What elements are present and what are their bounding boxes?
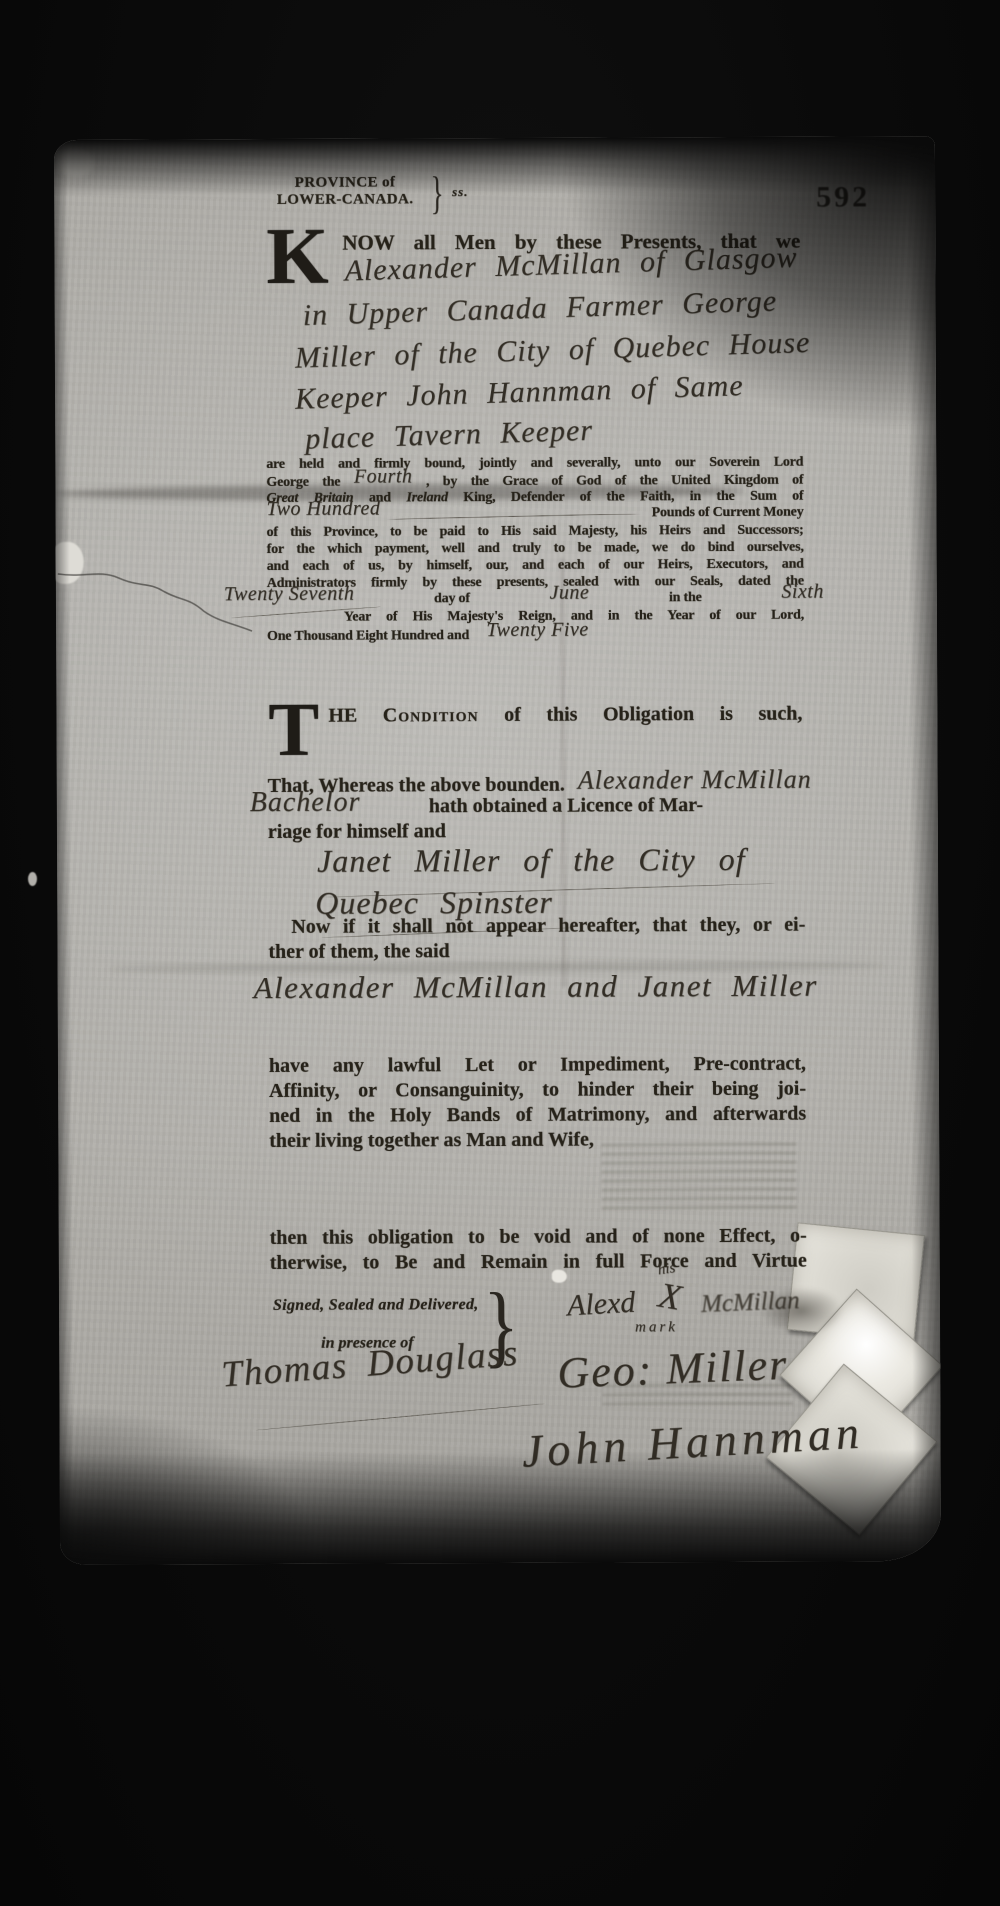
ink-smudge <box>759 1286 843 1334</box>
pen-flourish <box>386 513 641 520</box>
condition-line9: their living together as Man and Wife, <box>269 1127 806 1154</box>
condition-line4: Now if it shall not appear hereafter, th… <box>291 914 805 939</box>
film-speck <box>28 872 37 886</box>
dropcap-T: T <box>268 699 319 762</box>
condition-line10: then this obligation to be void and of n… <box>270 1224 807 1251</box>
handwritten-day: Twenty Seventh <box>224 586 355 604</box>
condition-line3: riage for himself and <box>268 820 446 844</box>
province-line2: LOWER-CANADA. <box>262 191 428 209</box>
handwritten-groom-name: Alexander McMillan <box>578 765 812 795</box>
province-heading: PROVINCE of LOWER-CANADA. <box>262 174 428 209</box>
condition-head3: of this Obligation is such, <box>504 703 802 726</box>
province-line1: PROVINCE of <box>262 174 428 192</box>
condition-line2: hath obtained a Licence of Mar- <box>429 794 703 818</box>
condition-line8: ned in the Holy Bands of Matrimony, and … <box>269 1102 806 1129</box>
handwritten-bachelor: Bachelor <box>250 787 361 819</box>
handwritten-king-ordinal: Fourth <box>354 465 413 487</box>
handwritten-principals-line3: Miller of the City of Quebec House <box>294 326 810 376</box>
condition-head1: HE <box>328 705 357 727</box>
condition-heading: HE Condition of this Obligation is such, <box>328 703 802 728</box>
pen-swash <box>256 1403 545 1431</box>
bond-date-t1: day of <box>434 590 470 607</box>
handwritten-bride-line1: Janet Miller of the City of <box>317 841 746 880</box>
dropcap-K: K <box>266 225 329 291</box>
attestation-line1: Signed, Sealed and Delivered, <box>273 1296 479 1315</box>
handwritten-month: June <box>549 585 589 602</box>
handwritten-year: Twenty Five <box>486 619 588 641</box>
condition-line5: ther of them, the said <box>268 940 449 964</box>
shadow-left-edge <box>54 140 74 1565</box>
page-content: PROVINCE of LOWER-CANADA. } ss. 592 K NO… <box>54 136 941 1565</box>
signature-alexd: Alexd <box>566 1286 636 1324</box>
condition-line11: therwise, to Be and Remain in full Force… <box>270 1249 807 1276</box>
handwritten-principals-line2: in Upper Canada Farmer George <box>302 285 777 333</box>
scan-background: PROVINCE of LOWER-CANADA. } ss. 592 K NO… <box>0 0 1000 1906</box>
bond-line4: Two Hundred Pounds of Current Money <box>266 502 803 524</box>
bond-line2-pre: George the <box>266 475 340 490</box>
ss-abbreviation: ss. <box>452 184 468 200</box>
signature-geo-miller: Geo: Miller <box>556 1339 789 1399</box>
header-brace: } <box>430 166 443 219</box>
handwritten-regnal-year: Sixth <box>781 584 824 601</box>
bond-line4-post: Pounds of Current Money <box>652 504 804 522</box>
signature-x-mark: X <box>656 1274 685 1319</box>
handwritten-principals-line5: place Tavern Keeper <box>305 414 594 457</box>
handwritten-couple-names: Alexander McMillan and Janet Miller <box>254 968 818 1006</box>
shadow-top-edge <box>54 136 935 196</box>
signature-mark-word: mark <box>635 1319 678 1336</box>
handwritten-sum: Two Hundred <box>266 501 380 518</box>
condition-line7: Affinity, or Consanguinity, to hinder th… <box>269 1077 806 1104</box>
bond-date-line: Twenty Seventh day of June in the Sixth <box>224 587 824 609</box>
bond-line11: One Thousand Eight Hundred and Twenty Fi… <box>267 624 804 645</box>
page-number: 592 <box>816 180 870 214</box>
condition-head2: Condition <box>383 704 479 726</box>
bond-line2-post: , by the Grace of God of the United King… <box>426 473 803 490</box>
paper-bright-corner <box>58 148 94 178</box>
bond-line11-pre: One Thousand Eight Hundred and <box>267 628 469 644</box>
bond-date-t2: in the <box>669 589 702 606</box>
condition-line6: have any lawful Let or Impediment, Pre-c… <box>269 1052 806 1079</box>
document-page: PROVINCE of LOWER-CANADA. } ss. 592 K NO… <box>54 136 941 1565</box>
handwritten-principals-line4: Keeper John Hannman of Same <box>295 369 744 417</box>
shadow-bottom-left <box>59 1394 340 1565</box>
